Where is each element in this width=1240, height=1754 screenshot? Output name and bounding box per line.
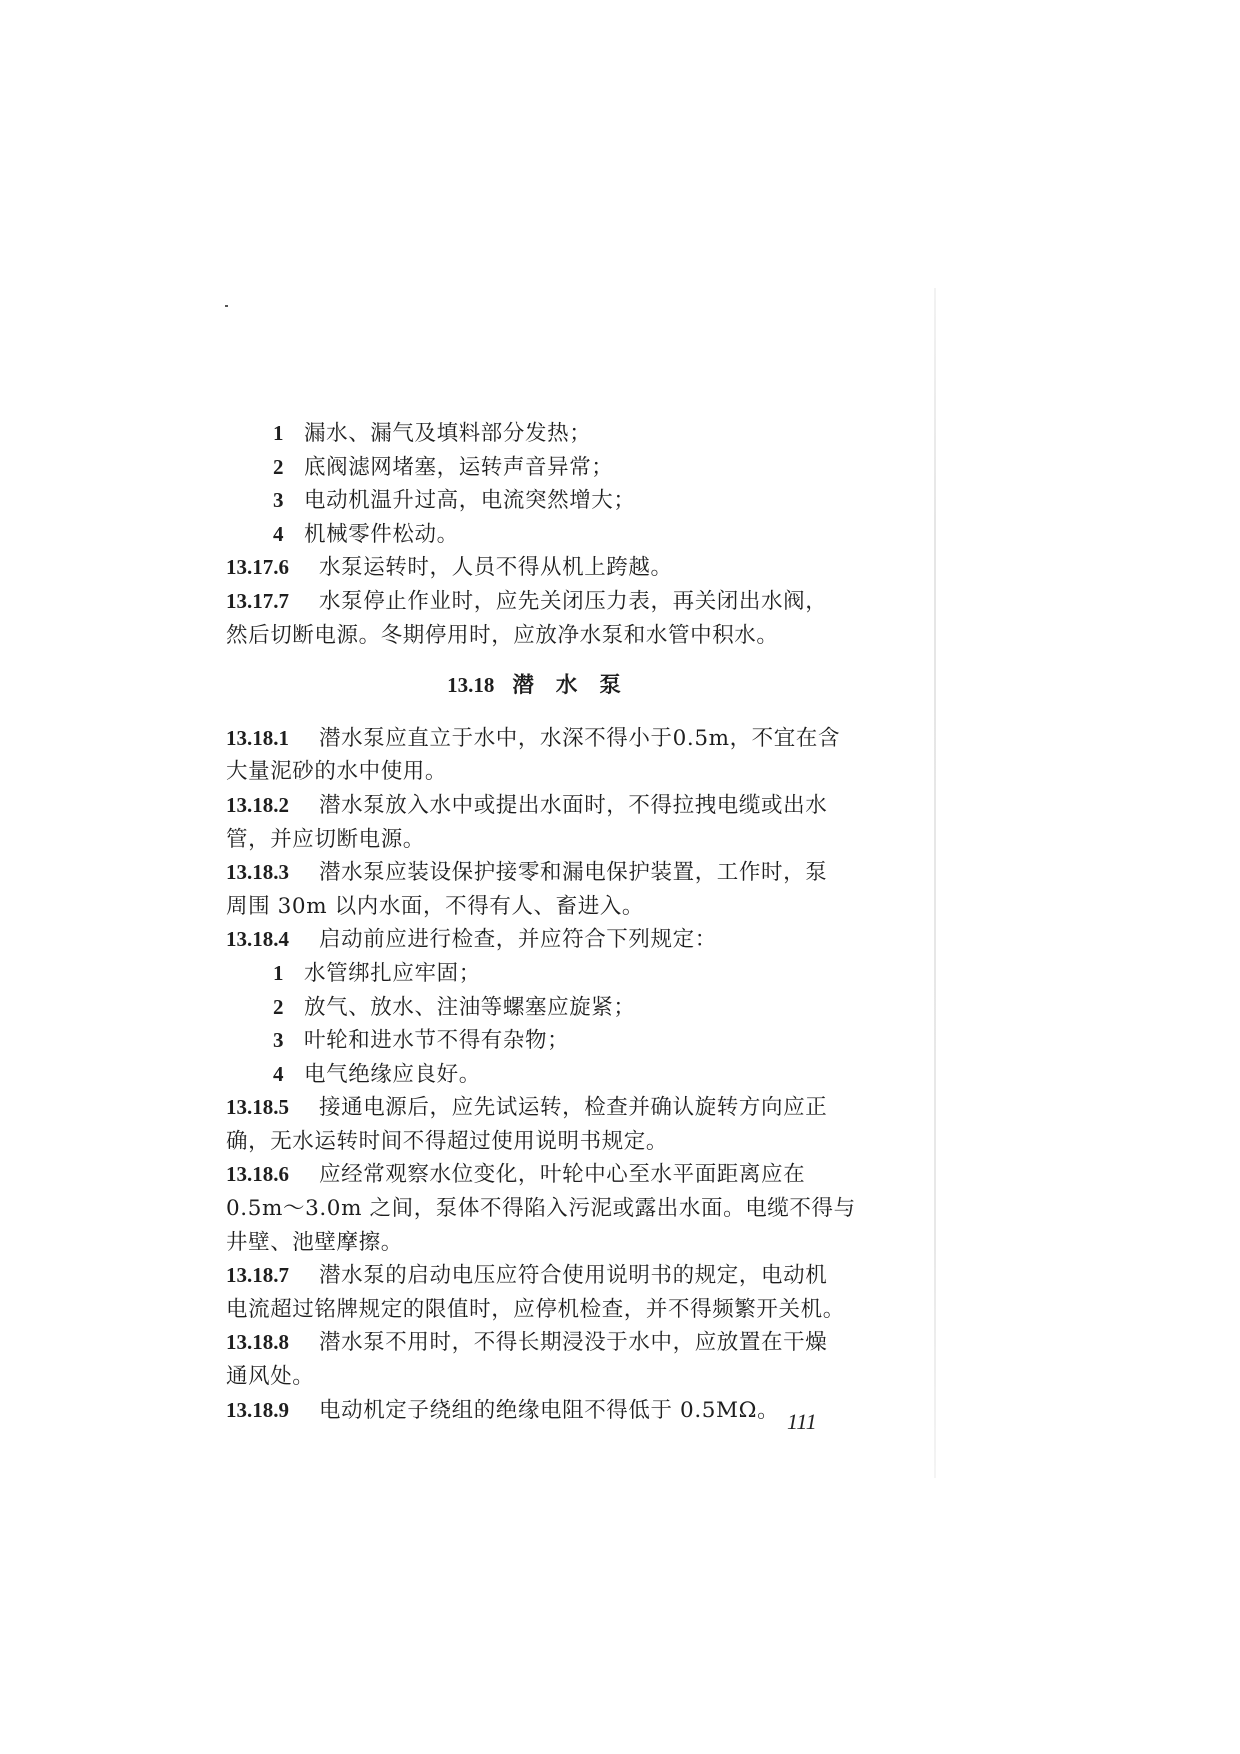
clause-13-18-8: 13.18.8潜水泵不用时，不得长期浸没于水中，应放置在干燥 — [226, 1326, 846, 1360]
list-item: 3叶轮和进水节不得有杂物； — [226, 1024, 846, 1058]
clause-13-17-6: 13.17.6水泵运转时，人员不得从机上跨越。 — [226, 551, 846, 585]
clause-13-18-1: 13.18.1潜水泵应直立于水中，水深不得小于0.5m，不宜在含 — [226, 722, 846, 756]
clause-continuation: 确，无水运转时间不得超过使用说明书规定。 — [226, 1125, 846, 1159]
scan-speck — [225, 305, 228, 307]
list-item: 1水管绑扎应牢固； — [226, 957, 846, 991]
page-number: 111 — [787, 1409, 817, 1435]
clause-continuation: 0.5m～3.0m 之间，泵体不得陷入污泥或露出水面。电缆不得与 — [226, 1192, 846, 1226]
clause-continuation: 周围 30m 以内水面，不得有人、畜进入。 — [226, 890, 846, 924]
list-item: 2底阀滤网堵塞，运转声音异常； — [226, 451, 846, 485]
clause-13-18-7: 13.18.7潜水泵的启动电压应符合使用说明书的规定，电动机 — [226, 1259, 846, 1293]
clause-13-18-3: 13.18.3潜水泵应装设保护接零和漏电保护装置，工作时，泵 — [226, 856, 846, 890]
list-item: 4机械零件松动。 — [226, 518, 846, 552]
clause-13-17-7: 13.17.7水泵停止作业时，应先关闭压力表，再关闭出水阀， — [226, 585, 846, 619]
clause-continuation: 然后切断电源。冬期停用时，应放净水泵和水管中积水。 — [226, 619, 846, 653]
clause-13-18-4: 13.18.4启动前应进行检查，并应符合下列规定： — [226, 923, 846, 957]
list-item: 4电气绝缘应良好。 — [226, 1058, 846, 1092]
section-title: 13.18潜水泵 — [226, 669, 846, 703]
page-body: 1漏水、漏气及填料部分发热； 2底阀滤网堵塞，运转声音异常； 3电动机温升过高，… — [226, 417, 846, 1427]
clause-continuation: 管，并应切断电源。 — [226, 823, 846, 857]
clause-continuation: 大量泥砂的水中使用。 — [226, 755, 846, 789]
clause-13-18-5: 13.18.5接通电源后，应先试运转，检查并确认旋转方向应正 — [226, 1091, 846, 1125]
list-item: 2放气、放水、注油等螺塞应旋紧； — [226, 991, 846, 1025]
list-item: 1漏水、漏气及填料部分发热； — [226, 417, 846, 451]
clause-13-18-2: 13.18.2潜水泵放入水中或提出水面时，不得拉拽电缆或出水 — [226, 789, 846, 823]
clause-continuation: 井壁、池壁摩擦。 — [226, 1226, 846, 1260]
clause-continuation: 通风处。 — [226, 1360, 846, 1394]
list-item: 3电动机温升过高，电流突然增大； — [226, 484, 846, 518]
clause-13-18-9: 13.18.9电动机定子绕组的绝缘电阻不得低于 0.5MΩ。 — [226, 1394, 846, 1428]
clause-continuation: 电流超过铭牌规定的限值时，应停机检查，并不得频繁开关机。 — [226, 1293, 846, 1327]
page-gutter-line — [934, 288, 936, 1478]
clause-13-18-6: 13.18.6应经常观察水位变化，叶轮中心至水平面距离应在 — [226, 1158, 846, 1192]
